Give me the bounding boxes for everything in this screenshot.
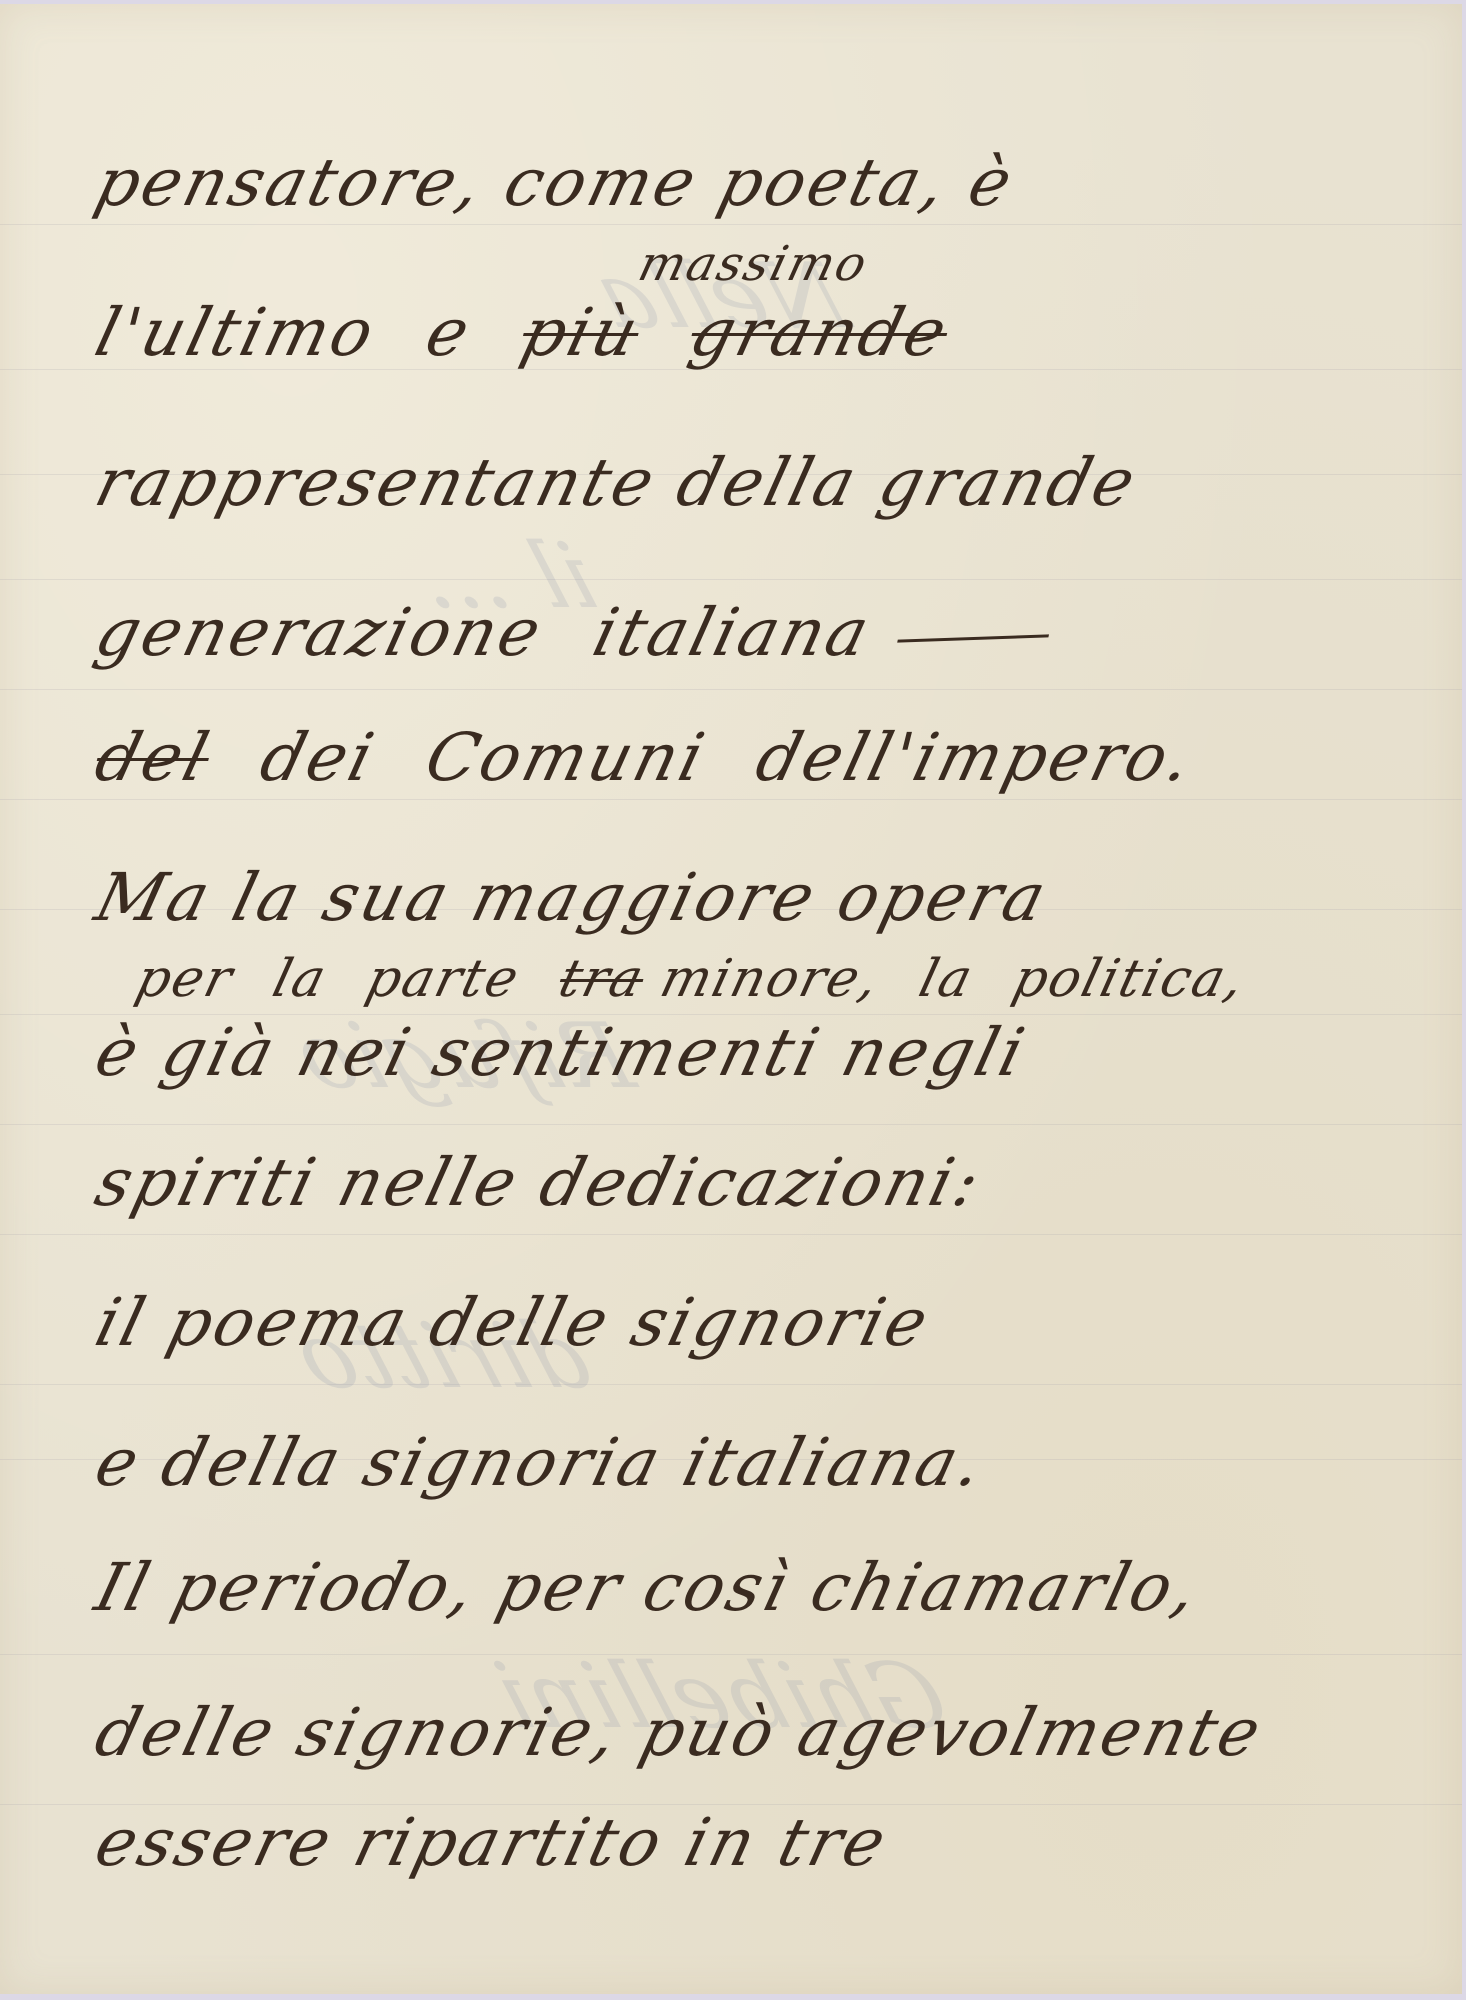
manuscript-line-12: Il periodo, per così chiamarlo, xyxy=(88,1549,1208,1626)
ruled-line xyxy=(0,579,1462,580)
manuscript-line-3: rappresentante della grande xyxy=(88,444,1145,521)
word: Comuni xyxy=(418,719,714,796)
manuscript-line-4: generazione italiana xyxy=(88,594,1059,671)
word: e xyxy=(419,294,480,371)
struck-word: più xyxy=(514,294,648,371)
manuscript-line-10: il poema delle signorie xyxy=(88,1284,938,1361)
word: italiana xyxy=(586,594,880,671)
word: la xyxy=(267,949,334,1009)
word: politica, xyxy=(1007,949,1252,1009)
dash-stroke xyxy=(897,634,1049,642)
ruled-line xyxy=(0,799,1462,800)
manuscript-line-11: e della signoria italiana. xyxy=(88,1424,993,1501)
manuscript-line-7: per la parte tra minore, la politica, xyxy=(130,949,1275,1009)
word: minore, xyxy=(654,949,886,1009)
word: parte xyxy=(360,949,526,1009)
manuscript-line-8: è già nei sentimenti negli xyxy=(88,1014,1034,1091)
ruled-line xyxy=(0,1124,1462,1125)
line-text: e della signoria italiana. xyxy=(88,1424,993,1501)
manuscript-line-6: Ma la sua maggiore opera xyxy=(88,859,1056,936)
struck-word: tra xyxy=(553,949,651,1009)
line-text: pensatore, come poeta, è xyxy=(88,144,1022,221)
manuscript-line-13: delle signorie, può agevolmente xyxy=(88,1694,1271,1771)
line-text: delle signorie, può agevolmente xyxy=(88,1694,1271,1771)
manuscript-line-9: spiriti nelle dedicazioni: xyxy=(88,1144,990,1221)
word: dell' xyxy=(749,719,925,796)
manuscript-page: Nella il ... Rifugio diritto Ghibellini … xyxy=(0,4,1462,1994)
ruled-line xyxy=(0,1384,1462,1385)
struck-word: grande xyxy=(683,294,957,371)
word: generazione xyxy=(88,594,551,671)
word: dei xyxy=(253,719,384,796)
superscript-insertion: massimo xyxy=(633,236,874,292)
ruled-line xyxy=(0,1654,1462,1655)
line-text: il poema delle signorie xyxy=(88,1284,938,1361)
manuscript-line-14: essere ripartito in tre xyxy=(88,1804,896,1881)
line-text: essere ripartito in tre xyxy=(88,1804,896,1881)
word: per xyxy=(130,949,240,1009)
line-text: è già nei sentimenti negli xyxy=(88,1014,1034,1091)
manuscript-line-1: pensatore, come poeta, è xyxy=(88,144,1022,221)
line-text: rappresentante della grande xyxy=(88,444,1145,521)
word: l'ultimo xyxy=(88,294,384,371)
word: impero. xyxy=(905,719,1201,796)
ruled-line xyxy=(0,1234,1462,1235)
line-text: Il periodo, per così chiamarlo, xyxy=(88,1549,1208,1626)
word: la xyxy=(913,949,980,1009)
manuscript-line-2: l'ultimo e più grande xyxy=(88,294,987,371)
ruled-line xyxy=(0,224,1462,225)
manuscript-line-5: del dei Comuni dell'impero. xyxy=(88,719,1231,796)
struck-word: del xyxy=(88,719,219,796)
ruled-line xyxy=(0,689,1462,690)
line-text: Ma la sua maggiore opera xyxy=(88,859,1056,936)
line-text: spiriti nelle dedicazioni: xyxy=(88,1144,990,1221)
